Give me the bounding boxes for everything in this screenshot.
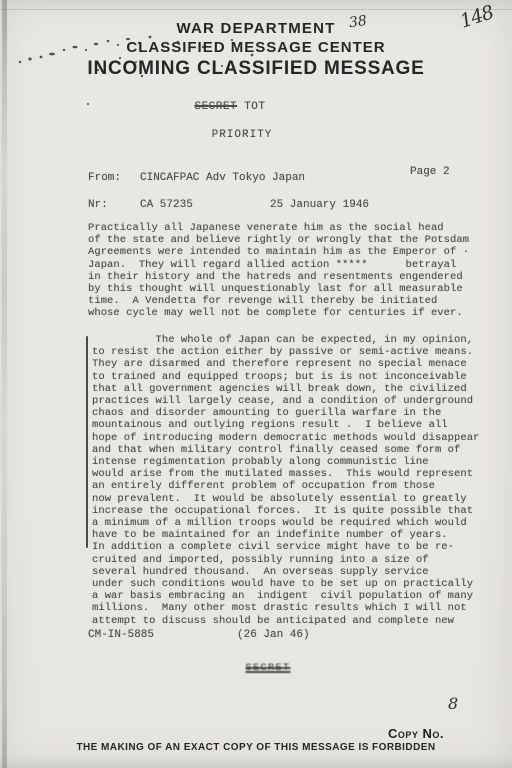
document-page: 38 148 WAR DEPARTMENT CLASSIFIED MESSAGE… <box>0 0 512 768</box>
header-message-center: CLASSIFIED MESSAGE CENTER <box>0 39 512 56</box>
classification-suffix: TOT <box>244 101 265 113</box>
message-date: 25 January 1946 <box>270 199 369 211</box>
copy-forbidden-notice: THE MAKING OF AN EXACT COPY OF THIS MESS… <box>0 742 512 753</box>
margin-emphasis-line <box>86 336 88 548</box>
from-label: From: <box>88 172 121 184</box>
received-date: (26 Jan 46) <box>237 629 310 641</box>
nr-value: CA 57235 <box>140 199 193 211</box>
classification-line: SECRET TOT <box>0 101 460 113</box>
struck-secret-label: SECRET <box>194 101 237 113</box>
from-value: CINCAFPAC Adv Tokyo Japan <box>140 172 305 184</box>
copy-no-label: Copy No. <box>388 726 444 741</box>
struck-secret-stamp: SECRET <box>24 663 512 674</box>
message-control-number: CM-IN-5885 <box>88 629 154 641</box>
priority-label: PRIORITY <box>0 129 484 141</box>
scan-left-edge <box>2 0 7 768</box>
handwritten-copy-number: 8 <box>448 694 458 713</box>
body-paragraph-1: Practically all Japanese venerate him as… <box>88 222 469 320</box>
body-paragraph-2: The whole of Japan can be expected, in m… <box>92 334 479 627</box>
header-department: WAR DEPARTMENT <box>0 20 512 37</box>
header-incoming-message: INCOMING CLASSIFIED MESSAGE <box>0 58 512 80</box>
page-number: Page 2 <box>410 166 450 178</box>
nr-label: Nr: <box>88 199 108 211</box>
